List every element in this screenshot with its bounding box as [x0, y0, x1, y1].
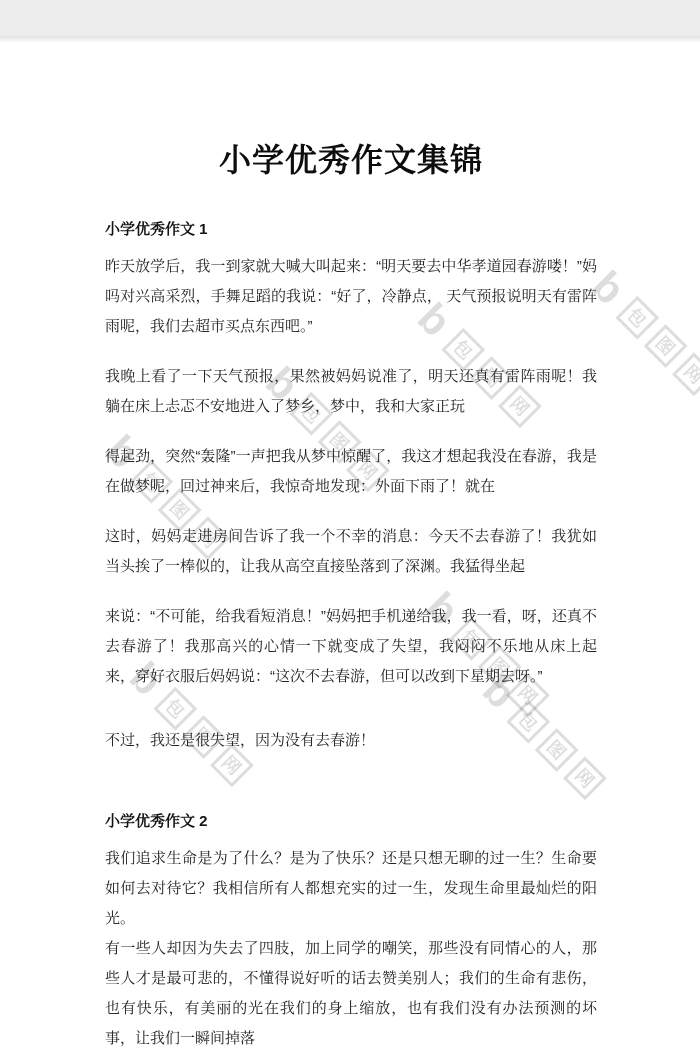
preview-top-strip	[0, 0, 700, 36]
essay-section-2: 小学优秀作文 2 我们追求生命是为了什么？是为了快乐？还是只想无聊的过一生？生命…	[105, 810, 597, 1053]
document-preview: { "page": { "title": "小学优秀作文集锦", "sectio…	[0, 0, 700, 1053]
essay-section-1: 小学优秀作文 1 昨天放学后，我一到家就大喊大叫起来：“明天要去中华孝道园春游喽…	[105, 218, 597, 756]
document-title: 小学优秀作文集锦	[105, 135, 597, 181]
document-page: 小学优秀作文集锦 小学优秀作文 1 昨天放学后，我一到家就大喊大叫起来：“明天要…	[0, 43, 700, 1053]
section-2-heading: 小学优秀作文 2	[105, 810, 597, 834]
essay-2-paragraph-1: 我们追求生命是为了什么？是为了快乐？还是只想无聊的过一生？生命要如何去对待它？我…	[105, 844, 597, 934]
essay-1-paragraph-4: 这时，妈妈走进房间告诉了我一个不幸的消息：今天不去春游了！我犹如当头挨了一棒似的…	[105, 522, 597, 582]
essay-2-paragraph-2: 有一些人却因为失去了四肢，加上同学的嘲笑，那些没有同情心的人，那些人才是最可悲的…	[105, 934, 597, 1053]
essay-1-paragraph-5: 来说：“不可能，给我看短消息！”妈妈把手机递给我，我一看，呀，还真不去春游了！我…	[105, 602, 597, 692]
section-1-heading: 小学优秀作文 1	[105, 218, 597, 242]
essay-1-paragraph-1: 昨天放学后，我一到家就大喊大叫起来：“明天要去中华孝道园春游喽！”妈吗对兴高采烈…	[105, 252, 597, 342]
essay-1-paragraph-2: 我晚上看了一下天气预报，果然被妈妈说准了，明天还真有雷阵雨呢！我躺在床上忐忑不安…	[105, 362, 597, 422]
essay-1-paragraph-6: 不过，我还是很失望，因为没有去春游！	[105, 726, 597, 756]
essay-1-paragraph-3: 得起劲，突然“轰隆”一声把我从梦中惊醒了，我这才想起我没在春游，我是在做梦呢，回…	[105, 442, 597, 502]
